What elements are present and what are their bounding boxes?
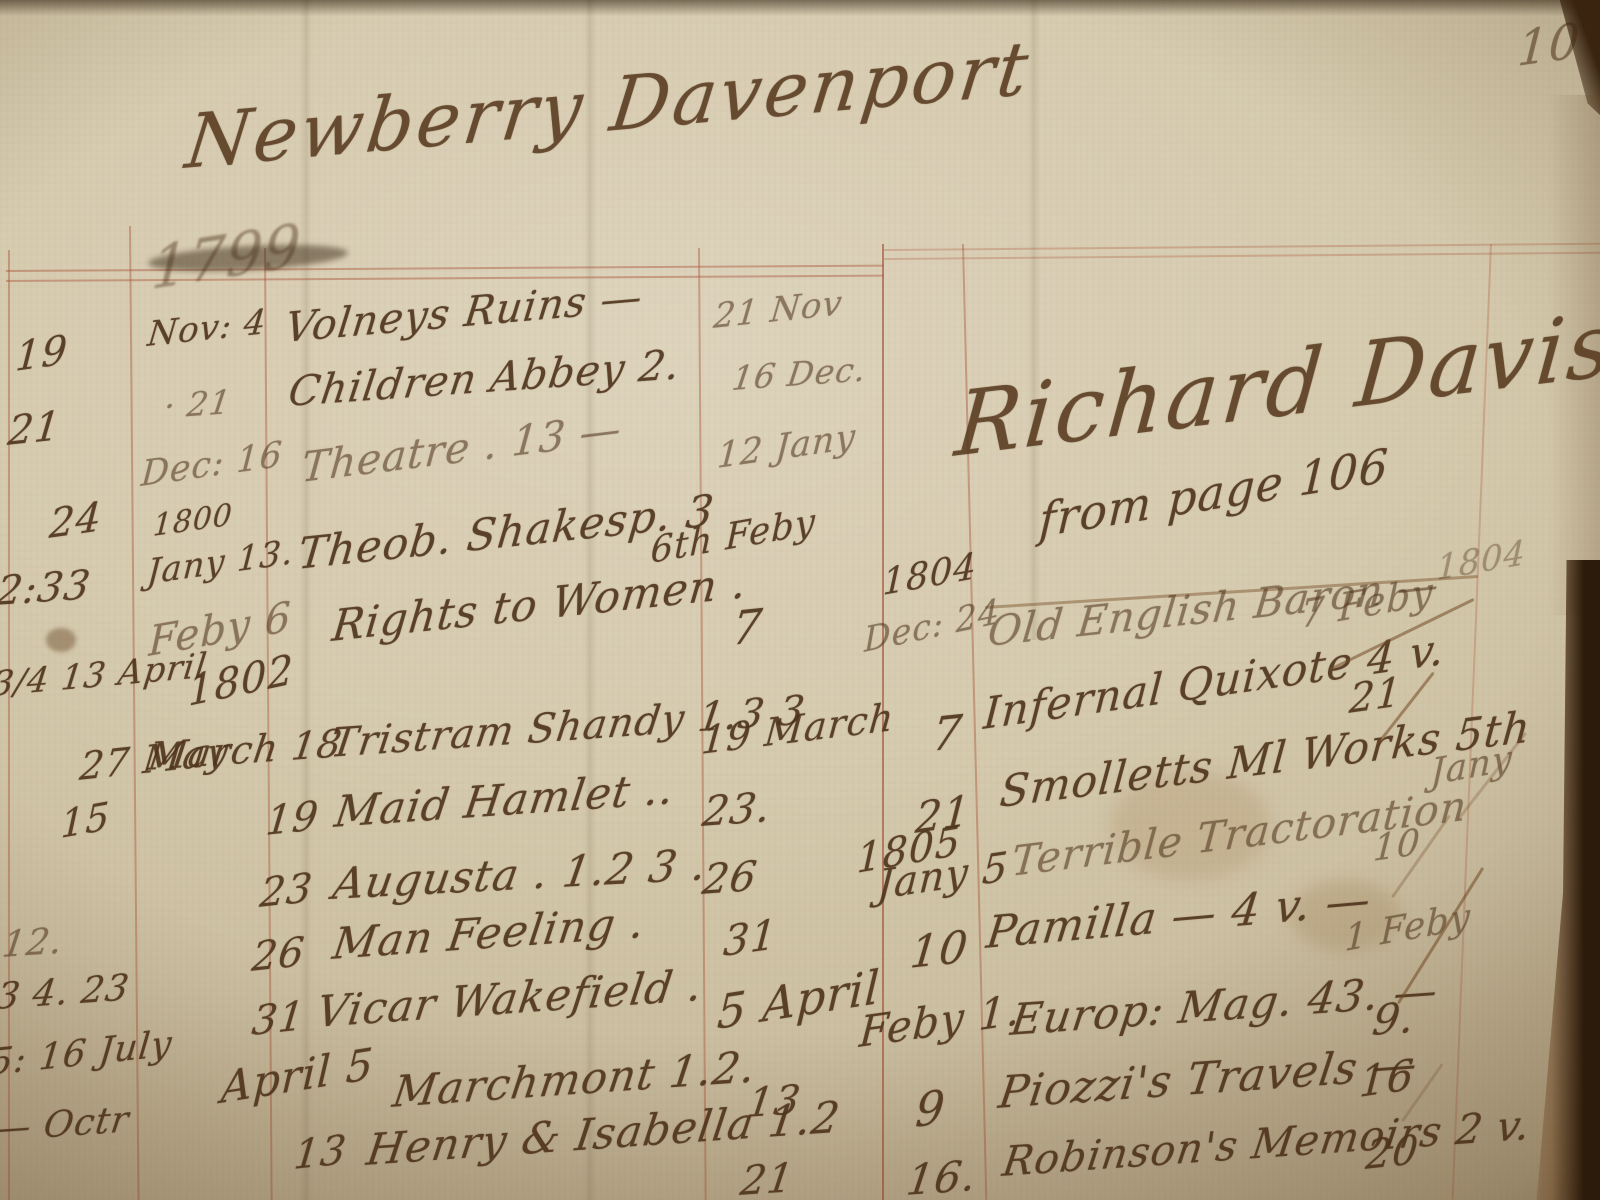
photo-vignette: [0, 0, 1600, 1200]
ledger-photograph: Newberry Davenport 1799 19 Nov: 4 Volney…: [0, 0, 1600, 1200]
book-edge-shadow: [1548, 95, 1600, 615]
